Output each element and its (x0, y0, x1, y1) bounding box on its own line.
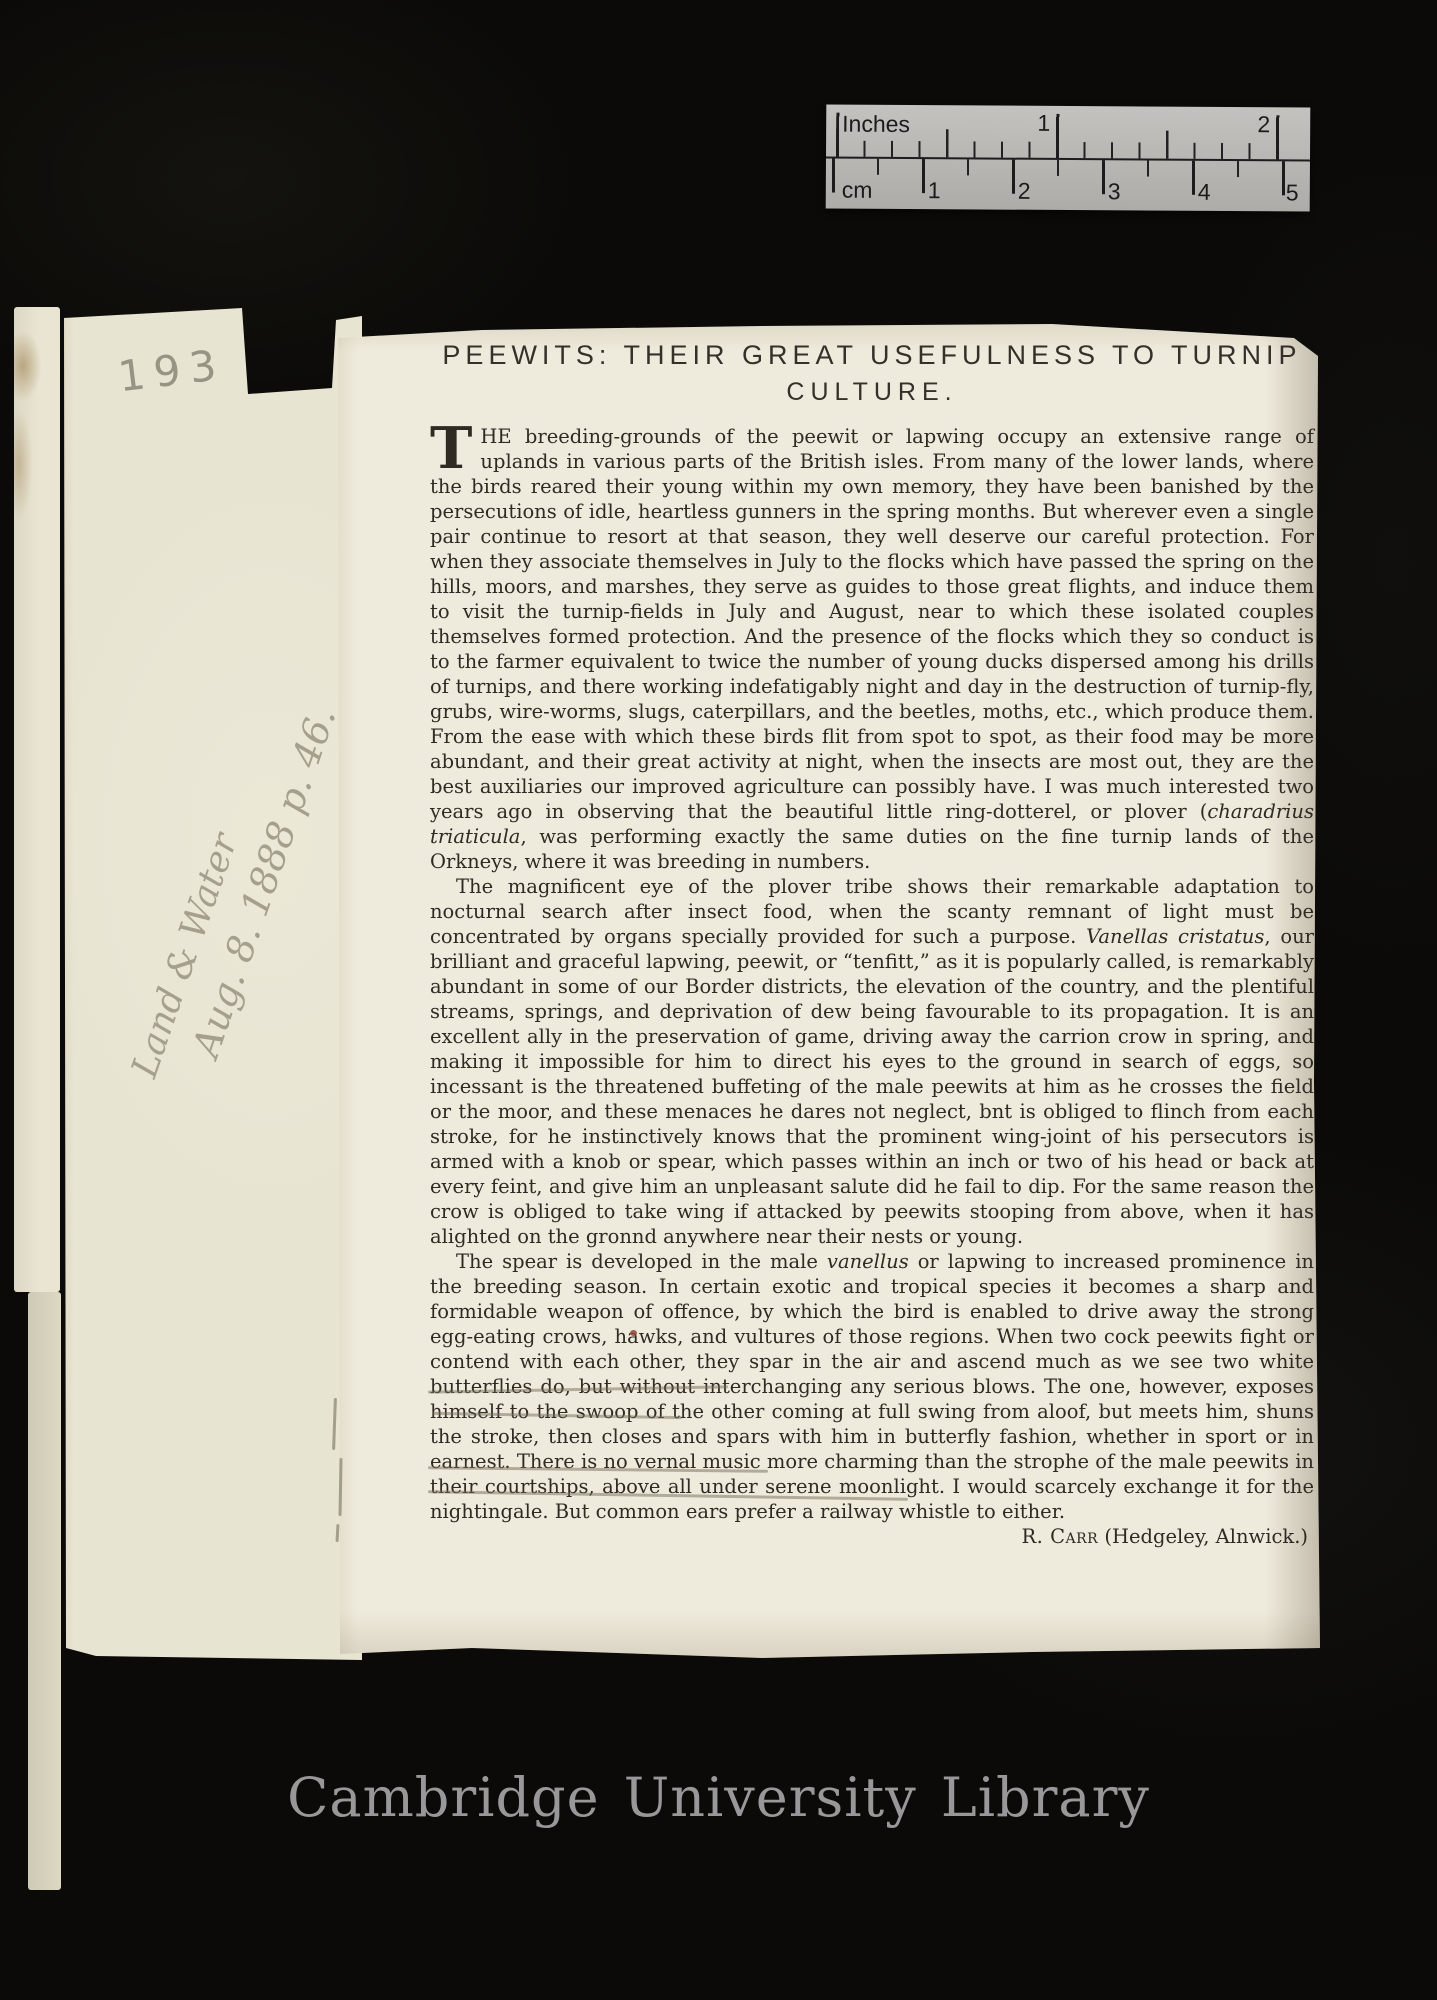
ruler-cm-number: 1 (928, 177, 941, 204)
paragraph-text: HE breeding-grounds of the peewit or lap… (430, 425, 1314, 823)
article-title-line2: CULTURE. (430, 378, 1314, 407)
library-watermark: Cambridge University Library (0, 1766, 1437, 1829)
ruler-cm-ticks (832, 159, 1290, 196)
ruler-cm-label: cm (842, 177, 873, 204)
article-title: PEEWITS: THEIR GREAT USEFULNESS TO TURNI… (430, 340, 1314, 407)
measuring-ruler: Inches cm 1 2 1 2 3 4 5 (826, 105, 1311, 212)
paragraph-text: or lapwing to increased prominence in th… (430, 1250, 1314, 1523)
ruler-inch-number: 1 (1024, 110, 1050, 137)
photograph-background: Inches cm 1 2 1 2 3 4 5 193 Land & Water… (0, 0, 1437, 2000)
paragraph-text: , was performing exactly the same duties… (430, 825, 1314, 873)
article-title-line1: PEEWITS: THEIR GREAT USEFULNESS TO TURNI… (430, 340, 1314, 371)
ruler-cm-number: 5 (1286, 179, 1299, 206)
article-body: THE breeding-grounds of the peewit or la… (430, 424, 1314, 1550)
ink-spot (630, 1330, 637, 1336)
ruler-cm-number: 2 (1018, 178, 1031, 205)
species-name-italic: Vanellas cristatus (1086, 925, 1264, 948)
article-signature: R. Carr (Hedgeley, Alnwick.) (430, 1524, 1314, 1550)
author-place: (Hedgeley, Alnwick.) (1104, 1525, 1308, 1548)
ruler-inches-label: Inches (842, 111, 910, 138)
newspaper-clipping: PEEWITS: THEIR GREAT USEFULNESS TO TURNI… (332, 322, 1324, 1664)
article-paragraph-2: The magnificent eye of the plover tribe … (430, 874, 1314, 1249)
paragraph-text: , our brilliant and graceful lapwing, pe… (430, 925, 1314, 1248)
ruler-cm-number: 4 (1198, 179, 1211, 206)
drop-cap: T (430, 424, 480, 471)
article-paragraph-1: THE breeding-grounds of the peewit or la… (430, 424, 1314, 874)
clipping-text-column: PEEWITS: THEIR GREAT USEFULNESS TO TURNI… (430, 340, 1314, 1550)
ruler-inch-number: 2 (1244, 111, 1270, 138)
paragraph-text: The spear is developed in the male (456, 1250, 827, 1273)
species-name-italic: vanellus (827, 1250, 909, 1273)
author-name: R. Carr (1021, 1525, 1098, 1548)
article-paragraph-3: The spear is developed in the male vanel… (430, 1249, 1314, 1524)
page-edge-strip (14, 307, 60, 1292)
ruler-cm-number: 3 (1108, 178, 1121, 205)
